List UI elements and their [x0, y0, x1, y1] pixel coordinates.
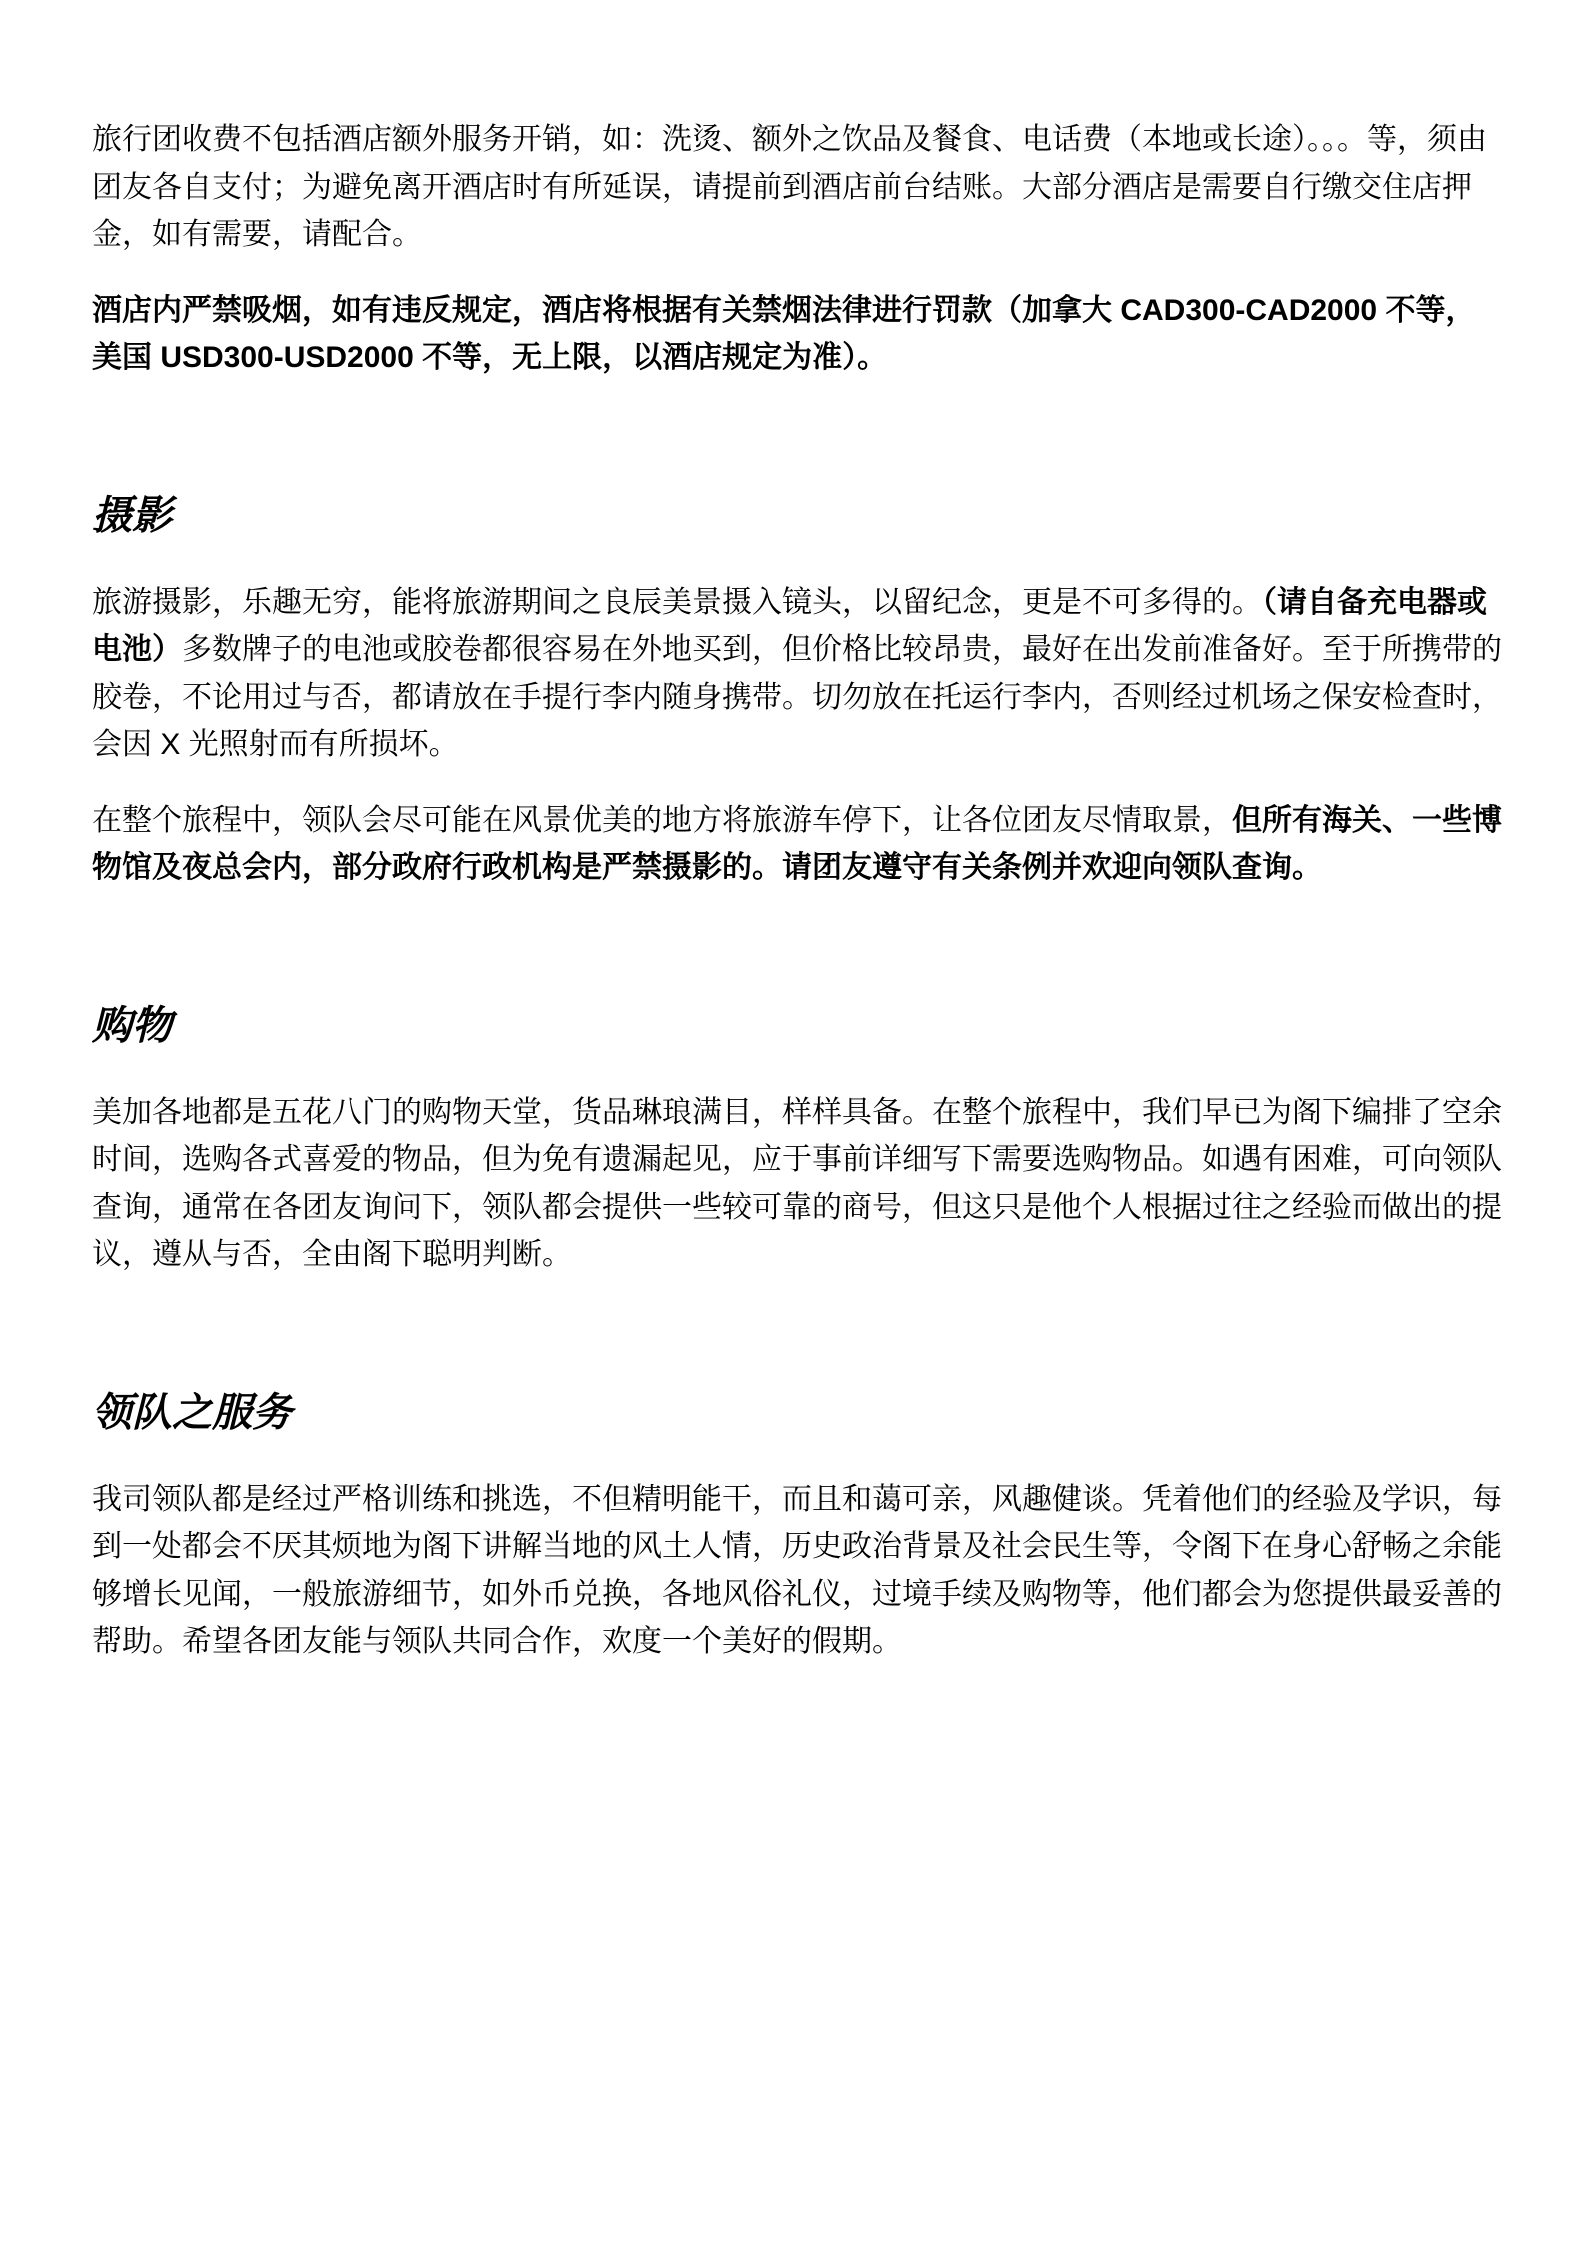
paragraph: 酒店内严禁吸烟，如有违反规定，酒店将根据有关禁烟法律进行罚款（加拿大 CAD30… [92, 287, 1502, 382]
text-run: 美加各地都是五花八门的购物天堂，货品琳琅满目，样样具备。在整个旅程中，我们早已为… [92, 1096, 1502, 1272]
bold-text-run: 酒店内严禁吸烟，如有违反规定，酒店将根据有关禁烟法律进行罚款（加拿大 CAD30… [92, 294, 1475, 375]
text-run: 旅行团收费不包括酒店额外服务开销，如：洗烫、额外之饮品及餐食、电话费（本地或长途… [92, 123, 1487, 251]
section-heading: 摄影 [92, 491, 1502, 541]
text-run: 在整个旅程中，领队会尽可能在风景优美的地方将旅游车停下，让各位团友尽情取景， [92, 804, 1232, 837]
document-page: 旅行团收费不包括酒店额外服务开销，如：洗烫、额外之饮品及餐食、电话费（本地或长途… [0, 0, 1588, 2245]
document-body: 旅行团收费不包括酒店额外服务开销，如：洗烫、额外之饮品及餐食、电话费（本地或长途… [92, 116, 1502, 1666]
section-heading: 购物 [92, 1001, 1502, 1051]
section-heading: 领队之服务 [92, 1388, 1502, 1438]
text-run: 多数牌子的电池或胶卷都很容易在外地买到，但价格比较昂贵，最好在出发前准备好。至于… [92, 633, 1502, 761]
paragraph: 旅游摄影，乐趣无穷，能将旅游期间之良辰美景摄入镜头，以留纪念，更是不可多得的。（… [92, 579, 1502, 769]
paragraph: 美加各地都是五花八门的购物天堂，货品琳琅满目，样样具备。在整个旅程中，我们早已为… [92, 1089, 1502, 1279]
paragraph: 旅行团收费不包括酒店额外服务开销，如：洗烫、额外之饮品及餐食、电话费（本地或长途… [92, 116, 1502, 259]
paragraph: 在整个旅程中，领队会尽可能在风景优美的地方将旅游车停下，让各位团友尽情取景，但所… [92, 797, 1502, 892]
text-run: 旅游摄影，乐趣无穷，能将旅游期间之良辰美景摄入镜头，以留纪念，更是不可多得的。 [92, 586, 1262, 619]
text-run: 我司领队都是经过严格训练和挑选，不但精明能干，而且和蔼可亲，风趣健谈。凭着他们的… [92, 1483, 1502, 1659]
paragraph: 我司领队都是经过严格训练和挑选，不但精明能干，而且和蔼可亲，风趣健谈。凭着他们的… [92, 1476, 1502, 1666]
